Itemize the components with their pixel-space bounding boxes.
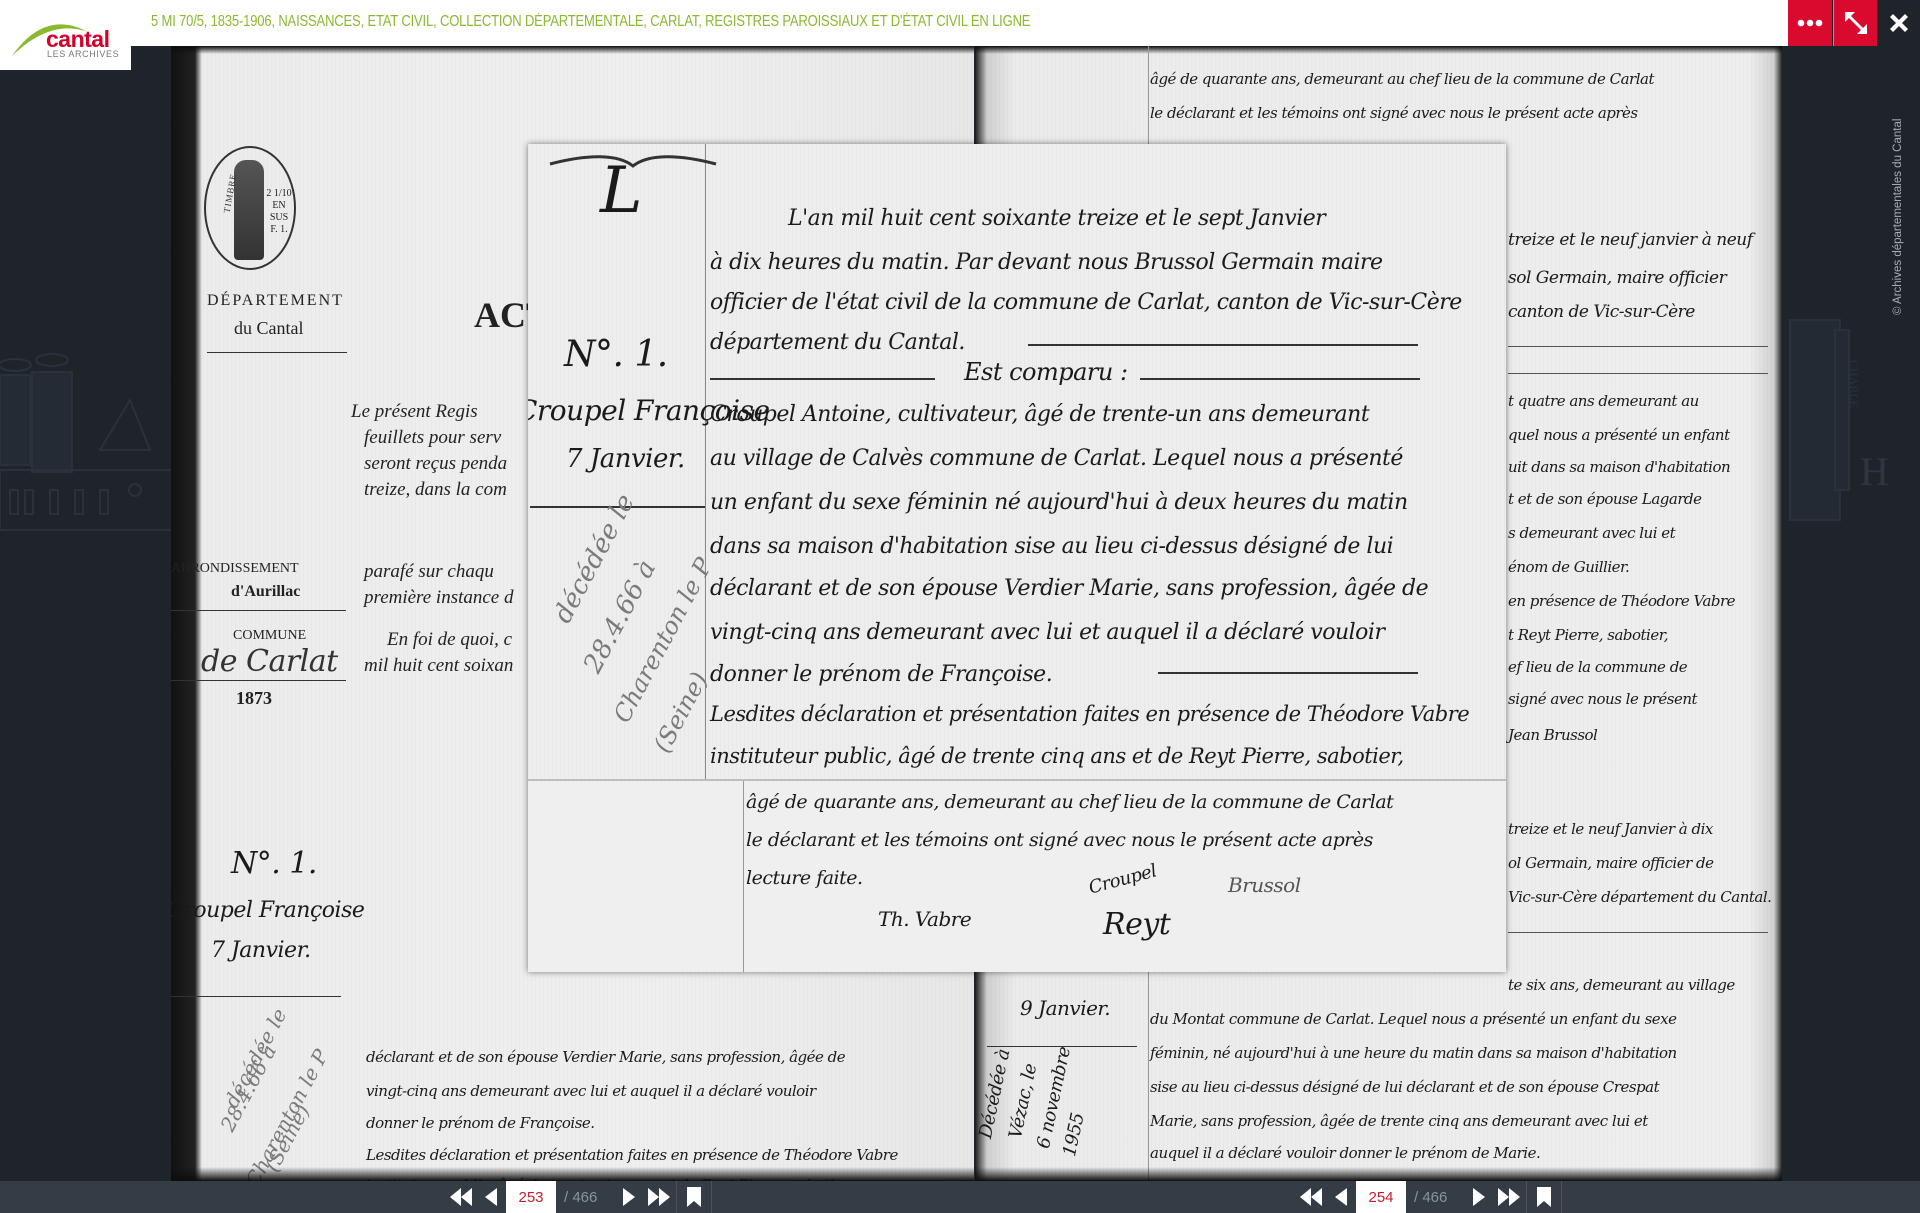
next-page-button[interactable]	[614, 1181, 644, 1213]
handwritten-line: canton de Vic-sur-Cère	[1508, 302, 1695, 322]
page-edge-shadow	[171, 46, 974, 54]
handwritten-line: en présence de Théodore Vabre	[1508, 592, 1735, 610]
bookmark-button[interactable]	[679, 1181, 709, 1213]
intro-line: En foi de quoi, c	[387, 626, 512, 653]
handwritten-line: Jean Brussol	[1508, 726, 1597, 744]
page-edge-shadow	[171, 1167, 974, 1181]
page-edge-shadow	[975, 46, 1782, 54]
handwritten-line: à dix heures du matin. Par devant nous B…	[710, 250, 1383, 275]
handwritten-line: signé avec nous le présent	[1508, 690, 1697, 708]
divider	[1508, 932, 1768, 933]
separator	[1561, 1181, 1562, 1213]
margin-name: Croupel Françoise	[171, 898, 364, 923]
handwritten-line: vingt-cinq ans demeurant avec lui et auq…	[710, 620, 1384, 645]
intro-line: Le présent Regis	[351, 398, 478, 425]
page-edge-shadow	[975, 1167, 1782, 1181]
handwritten-line: uit dans sa maison d'habitation	[1508, 458, 1730, 476]
separator	[1526, 1181, 1527, 1213]
arrondissement-label: ARRONDISSEMENT	[171, 561, 299, 577]
department-name: du Cantal	[234, 318, 304, 339]
handwritten-line: treize et le neuf janvier à neuf	[1508, 230, 1753, 250]
handwritten-line: instituteur public, âgé de trente cinq a…	[710, 744, 1404, 768]
document-title: 5 MI 70/5, 1835-1906, NAISSANCES, ETAT C…	[151, 13, 1030, 31]
intro-line: seront reçus penda	[364, 450, 507, 477]
divider	[1508, 373, 1768, 374]
handwritten-line: déclarant et de son épouse Verdier Marie…	[366, 1048, 845, 1066]
handwritten-line: vingt-cinq ans demeurant avec lui et auq…	[366, 1082, 816, 1100]
handwritten-line: t Reyt Pierre, sabotier,	[1508, 626, 1668, 644]
handwritten-line: âgé de quarante ans, demeurant au chef l…	[1150, 70, 1654, 88]
svg-text:H: H	[1860, 449, 1889, 494]
handwritten-line: donner le prénom de Françoise.	[366, 1114, 595, 1132]
page-total: / 466	[556, 1189, 614, 1206]
bottom-navigation-bar	[0, 1181, 1920, 1213]
divider	[1158, 672, 1418, 674]
margin-date: 7 Janvier.	[566, 444, 685, 474]
handwritten-line: sise au lieu ci-dessus désigné de lui dé…	[1150, 1078, 1659, 1096]
header-bar: 5 MI 70/5, 1835-1906, NAISSANCES, ETAT C…	[0, 0, 1788, 46]
chevron-right-icon	[623, 1188, 635, 1206]
previous-page-button[interactable]	[1326, 1181, 1356, 1213]
handwritten-line: sol Germain, maire officier	[1508, 268, 1726, 288]
margin-rule	[743, 781, 744, 972]
double-chevron-left-icon	[1300, 1188, 1322, 1206]
next-page-button[interactable]	[1464, 1181, 1494, 1213]
handwritten-line: ef lieu de la commune de	[1508, 658, 1687, 676]
act-number: N°. 1.	[564, 334, 668, 375]
handwritten-line: t quatre ans demeurant au	[1508, 392, 1699, 410]
margin-date: 9 Janvier.	[1020, 996, 1110, 1020]
chevron-right-icon	[1473, 1188, 1485, 1206]
handwritten-line: le déclarant et les témoins ont signé av…	[1150, 104, 1638, 122]
pager-left-page: / 466	[446, 1181, 714, 1213]
margin-date: 7 Janvier.	[211, 938, 311, 963]
handwritten-line: Est comparu :	[964, 358, 1128, 386]
handwritten-line: ol Germain, maire officier de	[1508, 854, 1714, 872]
magnifier-loupe[interactable]: N°. 1. Croupel Françoise 7 Janvier. décé…	[528, 144, 1506, 972]
first-page-button[interactable]	[446, 1181, 476, 1213]
handwritten-line: un enfant du sexe féminin né aujourd'hui…	[710, 490, 1408, 515]
handwritten-line: au village de Calvès commune de Carlat. …	[710, 446, 1403, 471]
handwritten-line: département du Cantal.	[710, 330, 965, 355]
cantal-archives-logo[interactable]: cantal LES ARCHIVES	[0, 0, 131, 70]
divider	[171, 610, 346, 611]
handwritten-line: auquel il a déclaré vouloir donner le pr…	[1150, 1144, 1540, 1162]
intro-line: première instance d	[364, 584, 514, 611]
handwritten-line: Lesdites déclaration et présentation fai…	[710, 702, 1469, 726]
divider	[1028, 344, 1418, 346]
handwritten-line: le déclarant et les témoins ont signé av…	[746, 829, 1373, 851]
handwritten-line: féminin, né aujourd'hui à une heure du m…	[1150, 1044, 1677, 1062]
handwritten-line: âgé de quarante ans, demeurant au chef l…	[746, 791, 1393, 813]
chevron-left-icon	[1335, 1188, 1347, 1206]
separator	[676, 1181, 677, 1213]
handwritten-line: Lesdites déclaration et présentation fai…	[366, 1146, 898, 1164]
archive-viewer: CHARLE H 5 MI 70/5, 1835-1906, NAISSANCE…	[0, 0, 1920, 1213]
handwritten-line: te six ans, demeurant au village	[1508, 976, 1735, 994]
handwritten-line: quel nous a présenté un enfant	[1508, 426, 1730, 444]
divider	[1140, 378, 1420, 380]
last-page-button[interactable]	[644, 1181, 674, 1213]
arrondissement-name: d'Aurillac	[231, 583, 300, 601]
ellipsis-icon	[1797, 19, 1823, 27]
decorative-initial: L	[600, 154, 642, 228]
close-x-icon	[1887, 11, 1911, 35]
background-illustration-right: CHARLE H	[1780, 300, 1920, 560]
divider	[171, 996, 341, 997]
justice-figure-icon	[234, 160, 264, 260]
tax-stamp: TIMBRE 2 1/10 EN SUS F. 1.	[204, 146, 296, 270]
handwritten-line: L'an mil huit cent soixante treize et le…	[788, 206, 1325, 231]
handwritten-line: lecture faite.	[746, 867, 863, 889]
handwritten-line: Marie, sans profession, âgée de trente c…	[1150, 1112, 1648, 1130]
divider	[710, 378, 935, 380]
intro-line: feuillets pour serv	[364, 424, 501, 451]
bookmark-icon	[1537, 1187, 1551, 1207]
intro-line: mil huit cent soixan	[364, 652, 513, 679]
separator	[711, 1181, 712, 1213]
copyright-notice: © Archives départementales du Cantal	[1892, 119, 1904, 315]
commune-label: COMMUNE	[233, 628, 306, 644]
handwritten-line: déclarant et de son épouse Verdier Marie…	[710, 576, 1428, 601]
expand-arrows-icon	[1842, 9, 1870, 37]
intro-line: treize, dans la com	[364, 476, 507, 503]
handwritten-line: Croupel Antoine, cultivateur, âgé de tre…	[710, 402, 1369, 427]
handwritten-line: t et de son épouse Lagarde	[1508, 490, 1701, 508]
divider	[207, 352, 347, 353]
first-page-button[interactable]	[1296, 1181, 1326, 1213]
department-label: DÉPARTEMENT	[207, 292, 344, 310]
page-number-input[interactable]	[1356, 1181, 1406, 1213]
handwritten-line: donner le prénom de Françoise.	[710, 662, 1052, 687]
act-number: N°. 1.	[231, 846, 317, 881]
double-chevron-left-icon	[450, 1188, 472, 1206]
divider	[171, 680, 346, 681]
bookmark-icon	[687, 1187, 701, 1207]
bookmark-button[interactable]	[1529, 1181, 1559, 1213]
more-options-button[interactable]	[1788, 0, 1832, 46]
signature: Reyt	[1103, 907, 1170, 942]
divider	[1508, 346, 1768, 347]
svg-text:CHARLE: CHARLE	[1847, 360, 1861, 408]
signature: Th. Vabre	[878, 907, 971, 931]
double-chevron-right-icon	[1498, 1188, 1520, 1206]
handwritten-line: Vic-sur-Cère département du Cantal.	[1508, 888, 1771, 906]
logo-subtitle: LES ARCHIVES	[47, 49, 119, 59]
signature: Croupel	[1086, 860, 1158, 898]
handwritten-line: treize et le neuf Janvier à dix	[1508, 820, 1713, 838]
signature: Brussol	[1228, 873, 1301, 897]
stamp-value: 2 1/10 EN SUS F. 1.	[264, 188, 294, 236]
fullscreen-button[interactable]	[1833, 0, 1877, 46]
double-chevron-right-icon	[648, 1188, 670, 1206]
background-illustration-left	[0, 330, 175, 570]
handwritten-line: énom de Guillier.	[1508, 558, 1629, 576]
last-page-button[interactable]	[1494, 1181, 1524, 1213]
register-year: 1873	[236, 688, 272, 709]
handwritten-line: officier de l'état civil de la commune d…	[710, 290, 1462, 315]
magnifier-lower-section: âgé de quarante ans, demeurant au chef l…	[528, 779, 1506, 972]
close-button[interactable]	[1878, 0, 1920, 46]
pager-right-page: / 466	[1296, 1181, 1564, 1213]
chevron-left-icon	[485, 1188, 497, 1206]
commune-name: de Carlat	[201, 644, 338, 679]
previous-page-button[interactable]	[476, 1181, 506, 1213]
intro-line: parafé sur chaqu	[364, 558, 494, 585]
page-total: / 466	[1406, 1189, 1464, 1206]
page-number-input[interactable]	[506, 1181, 556, 1213]
handwritten-line: s demeurant avec lui et	[1508, 524, 1675, 542]
handwritten-line: du Montat commune de Carlat. Lequel nous…	[1150, 1010, 1676, 1028]
handwritten-line: dans sa maison d'habitation sise au lieu…	[710, 534, 1393, 559]
